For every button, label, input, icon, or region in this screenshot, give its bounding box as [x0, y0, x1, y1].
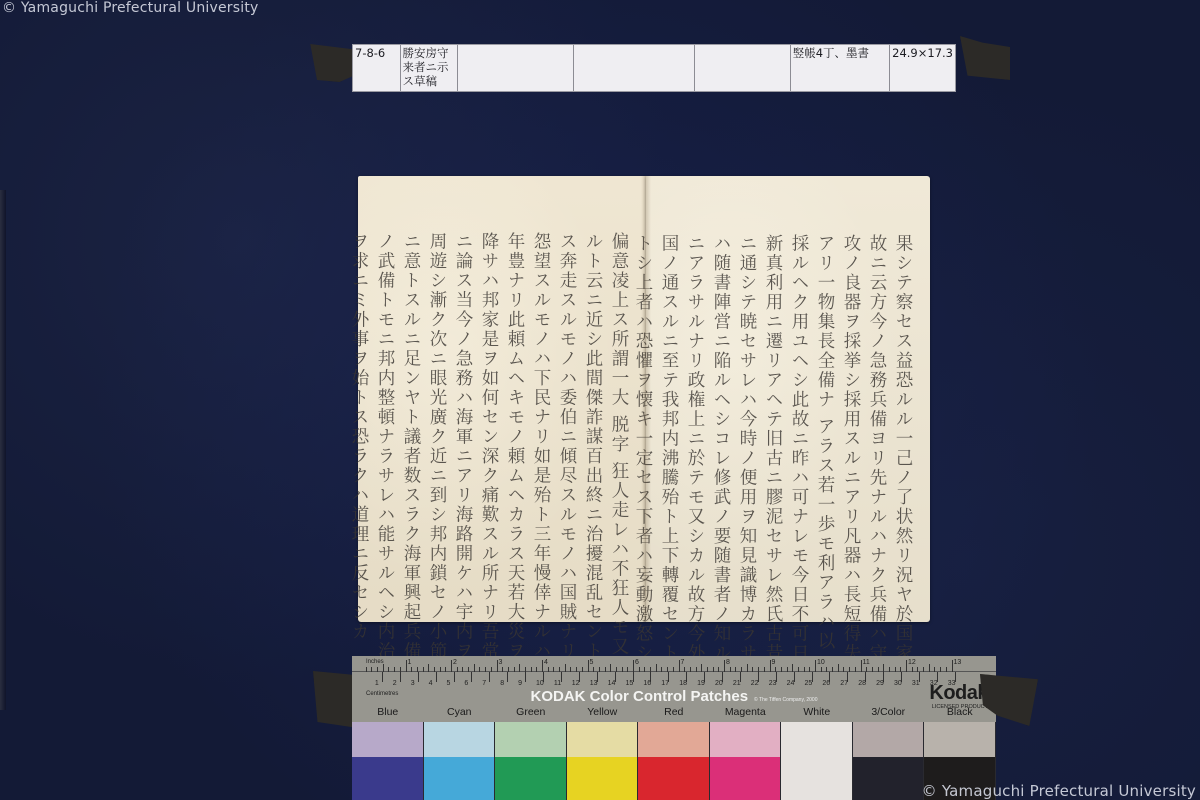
inch-tick: [497, 660, 498, 672]
inch-tick: [542, 660, 543, 672]
patch-solid: [495, 757, 566, 800]
patch-label: Magenta: [710, 702, 782, 722]
inch-tick: [952, 660, 953, 672]
catalog-col4: [574, 45, 695, 91]
cm-number: 12: [572, 680, 580, 687]
cm-number: 30: [894, 680, 902, 687]
inch-tick: [861, 660, 862, 672]
ruler: Inches 12345678910111213 Centimetres 123…: [352, 656, 996, 724]
cm-number: 21: [733, 680, 741, 687]
patch-solid: [424, 757, 495, 800]
inch-subtick: [610, 664, 611, 672]
catalog-id: 7-8-6: [353, 45, 401, 91]
cm-tick: [382, 672, 383, 682]
book-gutter: [641, 176, 651, 622]
inch-number: 9: [772, 659, 776, 666]
cm-number: 26: [822, 680, 830, 687]
tape-label-left: [308, 42, 353, 82]
inch-subtick: [474, 664, 475, 672]
inch-number: 4: [544, 659, 548, 666]
left-page-text: 偏意凌上ス所謂一大 脱字 狂人走レハ不狂人モ又走 ルト云ニ近シ此間傑詐謀百出終ニ…: [346, 232, 632, 592]
patch-tint: [495, 722, 566, 757]
patch-labels: BlueCyanGreenYellowRedMagentaWhite3/Colo…: [352, 702, 996, 722]
right-page-text: 果シテ察セス益恐ルル一己ノ了状然リ況ヤ於国家哉 故ニ云方今ノ急務兵備ヨリ先ナルハ…: [630, 234, 916, 524]
cm-number: 15: [626, 680, 634, 687]
cm-tick: [436, 672, 437, 682]
color-patch-red: [638, 722, 710, 800]
inch-subtick: [792, 664, 793, 672]
cm-number: 9: [518, 680, 522, 687]
inch-tick: [406, 660, 407, 672]
inch-tick: [588, 660, 589, 672]
color-patch-blue: [352, 722, 424, 800]
cm-number: 17: [661, 680, 669, 687]
manuscript: 偏意凌上ス所謂一大 脱字 狂人走レハ不狂人モ又走 ルト云ニ近シ此間傑詐謀百出終ニ…: [358, 176, 930, 622]
patch-label: Red: [638, 702, 710, 722]
patch-tint: [781, 722, 852, 800]
inch-number: 8: [726, 659, 730, 666]
tape-label-right: [960, 36, 1010, 80]
patch-tint: [924, 722, 995, 757]
cm-number: 8: [500, 680, 504, 687]
cm-tick: [418, 672, 419, 682]
inch-tick: [451, 660, 452, 672]
cm-number: 25: [805, 680, 813, 687]
cm-number: 18: [679, 680, 687, 687]
cm-number: 16: [643, 680, 651, 687]
manuscript-left-page: 偏意凌上ス所謂一大 脱字 狂人走レハ不狂人モ又走 ルト云ニ近シ此間傑詐謀百出終ニ…: [358, 176, 646, 622]
color-patch-cyan: [424, 722, 496, 800]
patch-solid: [853, 757, 924, 800]
inch-subtick: [883, 664, 884, 672]
cm-number: 19: [697, 680, 705, 687]
cm-number: 10: [536, 680, 544, 687]
catalog-title-line: 勝安房守: [403, 46, 456, 60]
catalog-title-line: 来者ニ示: [403, 60, 456, 74]
patch-solid: [567, 757, 638, 800]
copyright-watermark-bottom: © Yamaguchi Prefectural University: [922, 782, 1196, 800]
cm-number: 27: [840, 680, 848, 687]
patch-tint: [638, 722, 709, 757]
patch-label: Blue: [352, 702, 424, 722]
inch-number: 13: [954, 659, 962, 666]
inch-number: 10: [817, 659, 825, 666]
patch-label: White: [781, 702, 853, 722]
cm-number: 23: [769, 680, 777, 687]
cm-number: 14: [608, 680, 616, 687]
cm-tick: [525, 672, 526, 682]
cm-number: 13: [590, 680, 598, 687]
cm-number: 11: [554, 680, 561, 687]
cm-number: 3: [411, 680, 415, 687]
inch-tick: [815, 660, 816, 672]
inch-tick: [770, 660, 771, 672]
inch-subtick: [838, 664, 839, 672]
inch-subtick: [519, 664, 520, 672]
inch-subtick: [428, 664, 429, 672]
cm-number: 22: [751, 680, 759, 687]
ruler-inches-label: Inches: [366, 659, 384, 665]
inch-number: 2: [453, 659, 457, 666]
cm-number: 7: [482, 680, 486, 687]
color-patch-yellow: [567, 722, 639, 800]
color-patch-3-color: [853, 722, 925, 800]
adjacent-document-edge: [0, 190, 6, 710]
inch-subtick: [701, 664, 702, 672]
inch-subtick: [929, 664, 930, 672]
cm-number: 28: [858, 680, 866, 687]
cm-number: 1: [375, 680, 379, 687]
ruler-centimetres: Centimetres 1234567891011121314151617181…: [352, 672, 996, 688]
cm-tick: [400, 672, 401, 682]
cm-number: 29: [876, 680, 884, 687]
catalog-title: 勝安房守 来者ニ示 ス草稿: [401, 45, 459, 91]
patch-solid: [638, 757, 709, 800]
cm-number: 4: [429, 680, 433, 687]
patch-label: Yellow: [567, 702, 639, 722]
inch-number: 11: [863, 659, 870, 666]
copyright-watermark-top: © Yamaguchi Prefectural University: [2, 0, 259, 16]
inch-number: 12: [908, 659, 916, 666]
patch-label: 3/Color: [853, 702, 925, 722]
inch-subtick: [656, 664, 657, 672]
cm-number: 20: [715, 680, 723, 687]
cm-number: 24: [787, 680, 795, 687]
patch-tint: [567, 722, 638, 757]
cm-number: 2: [393, 680, 397, 687]
catalog-format: 竪帳4丁、墨書: [791, 45, 890, 91]
inch-tick: [906, 660, 907, 672]
inch-number: 1: [408, 659, 412, 666]
catalog-title-line: ス草稿: [403, 74, 456, 88]
inch-subtick: [747, 664, 748, 672]
catalog-label: 7-8-6 勝安房守 来者ニ示 ス草稿 竪帳4丁、墨書 24.9×17.3: [352, 44, 956, 92]
inch-tick: [724, 660, 725, 672]
ruler-inches: Inches 12345678910111213: [352, 656, 996, 672]
catalog-col3: [458, 45, 574, 91]
manuscript-right-page: 果シテ察セス益恐ルル一己ノ了状然リ況ヤ於国家哉 故ニ云方今ノ急務兵備ヨリ先ナルハ…: [646, 176, 930, 622]
inch-subtick: [383, 664, 384, 672]
cm-tick: [454, 672, 455, 682]
color-patch-green: [495, 722, 567, 800]
inch-number: 3: [499, 659, 503, 666]
patch-tint: [352, 722, 423, 757]
inch-number: 7: [681, 659, 685, 666]
patch-solid: [710, 757, 781, 800]
color-patch-white: [781, 722, 853, 800]
catalog-col5: [695, 45, 791, 91]
cm-number: 6: [464, 680, 468, 687]
patch-tint: [710, 722, 781, 757]
color-patches: [352, 722, 996, 800]
inch-tick: [679, 660, 680, 672]
inch-tick: [633, 660, 634, 672]
patch-label: Green: [495, 702, 567, 722]
cm-number: 5: [447, 680, 451, 687]
cm-tick: [471, 672, 472, 682]
cm-tick: [489, 672, 490, 682]
inch-number: 6: [635, 659, 639, 666]
patch-label: Cyan: [424, 702, 496, 722]
inch-number: 5: [590, 659, 594, 666]
color-patch-magenta: [710, 722, 782, 800]
patch-tint: [853, 722, 924, 757]
cm-tick: [507, 672, 508, 682]
cm-number: 31: [912, 680, 920, 687]
catalog-size: 24.9×17.3: [890, 45, 955, 91]
inch-subtick: [565, 664, 566, 672]
patch-tint: [424, 722, 495, 757]
patch-solid: [352, 757, 423, 800]
color-control-chart: Inches 12345678910111213 Centimetres 123…: [352, 656, 996, 800]
